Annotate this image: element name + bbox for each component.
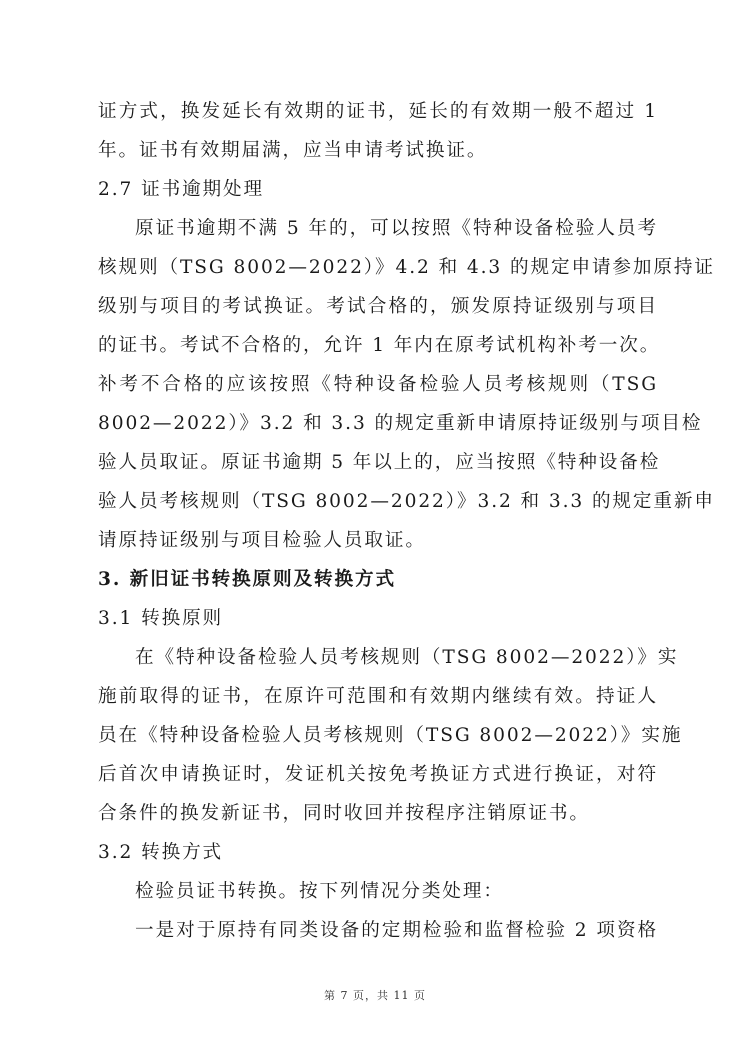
section-subheading-3-2: 3.2 转换方式: [98, 841, 658, 865]
body-line: 8002—2022）》3.2 和 3.3 的规定重新申请原持证级别与项目检: [98, 412, 658, 436]
paragraph-first-line: 一是对于原持有同类设备的定期检验和监督检验 2 项资格: [135, 919, 658, 943]
body-line: 员在《特种设备检验人员考核规则（TSG 8002—2022）》实施: [98, 724, 658, 748]
paragraph-first-line: 在《特种设备检验人员考核规则（TSG 8002—2022）》实: [135, 646, 658, 670]
body-line: 后首次申请换证时，发证机关按免考换证方式进行换证，对符: [98, 763, 658, 787]
section-subheading-3-1: 3.1 转换原则: [98, 607, 658, 631]
document-page: 证方式，换发延长有效期的证书，延长的有效期一般不超过 1 年。证书有效期届满，应…: [0, 0, 750, 1060]
section-subheading-2-7: 2.7 证书逾期处理: [98, 178, 658, 202]
body-line: 验人员取证。原证书逾期 5 年以上的，应当按照《特种设备检: [98, 451, 658, 475]
body-line: 证方式，换发延长有效期的证书，延长的有效期一般不超过 1: [98, 100, 658, 124]
body-line: 级别与项目的考试换证。考试合格的，颁发原持证级别与项目: [98, 295, 658, 319]
body-line: 核规则（TSG 8002—2022）》4.2 和 4.3 的规定申请参加原持证: [98, 256, 658, 280]
body-line: 请原持证级别与项目检验人员取证。: [98, 529, 658, 553]
body-line: 验人员考核规则（TSG 8002—2022）》3.2 和 3.3 的规定重新申: [98, 490, 658, 514]
body-line: 年。证书有效期届满，应当申请考试换证。: [98, 139, 658, 163]
section-heading-3: 3. 新旧证书转换原则及转换方式: [98, 568, 658, 592]
body-line: 补考不合格的应该按照《特种设备检验人员考核规则（TSG: [98, 373, 658, 397]
paragraph-first-line: 原证书逾期不满 5 年的，可以按照《特种设备检验人员考: [135, 217, 658, 241]
body-line: 施前取得的证书，在原许可范围和有效期内继续有效。持证人: [98, 685, 658, 709]
paragraph-first-line: 检验员证书转换。按下列情况分类处理：: [135, 880, 658, 904]
body-line: 的证书。考试不合格的，允许 1 年内在原考试机构补考一次。: [98, 334, 658, 358]
page-number-footer: 第 7 页，共 11 页: [0, 989, 750, 1003]
body-line: 合条件的换发新证书，同时收回并按程序注销原证书。: [98, 802, 658, 826]
